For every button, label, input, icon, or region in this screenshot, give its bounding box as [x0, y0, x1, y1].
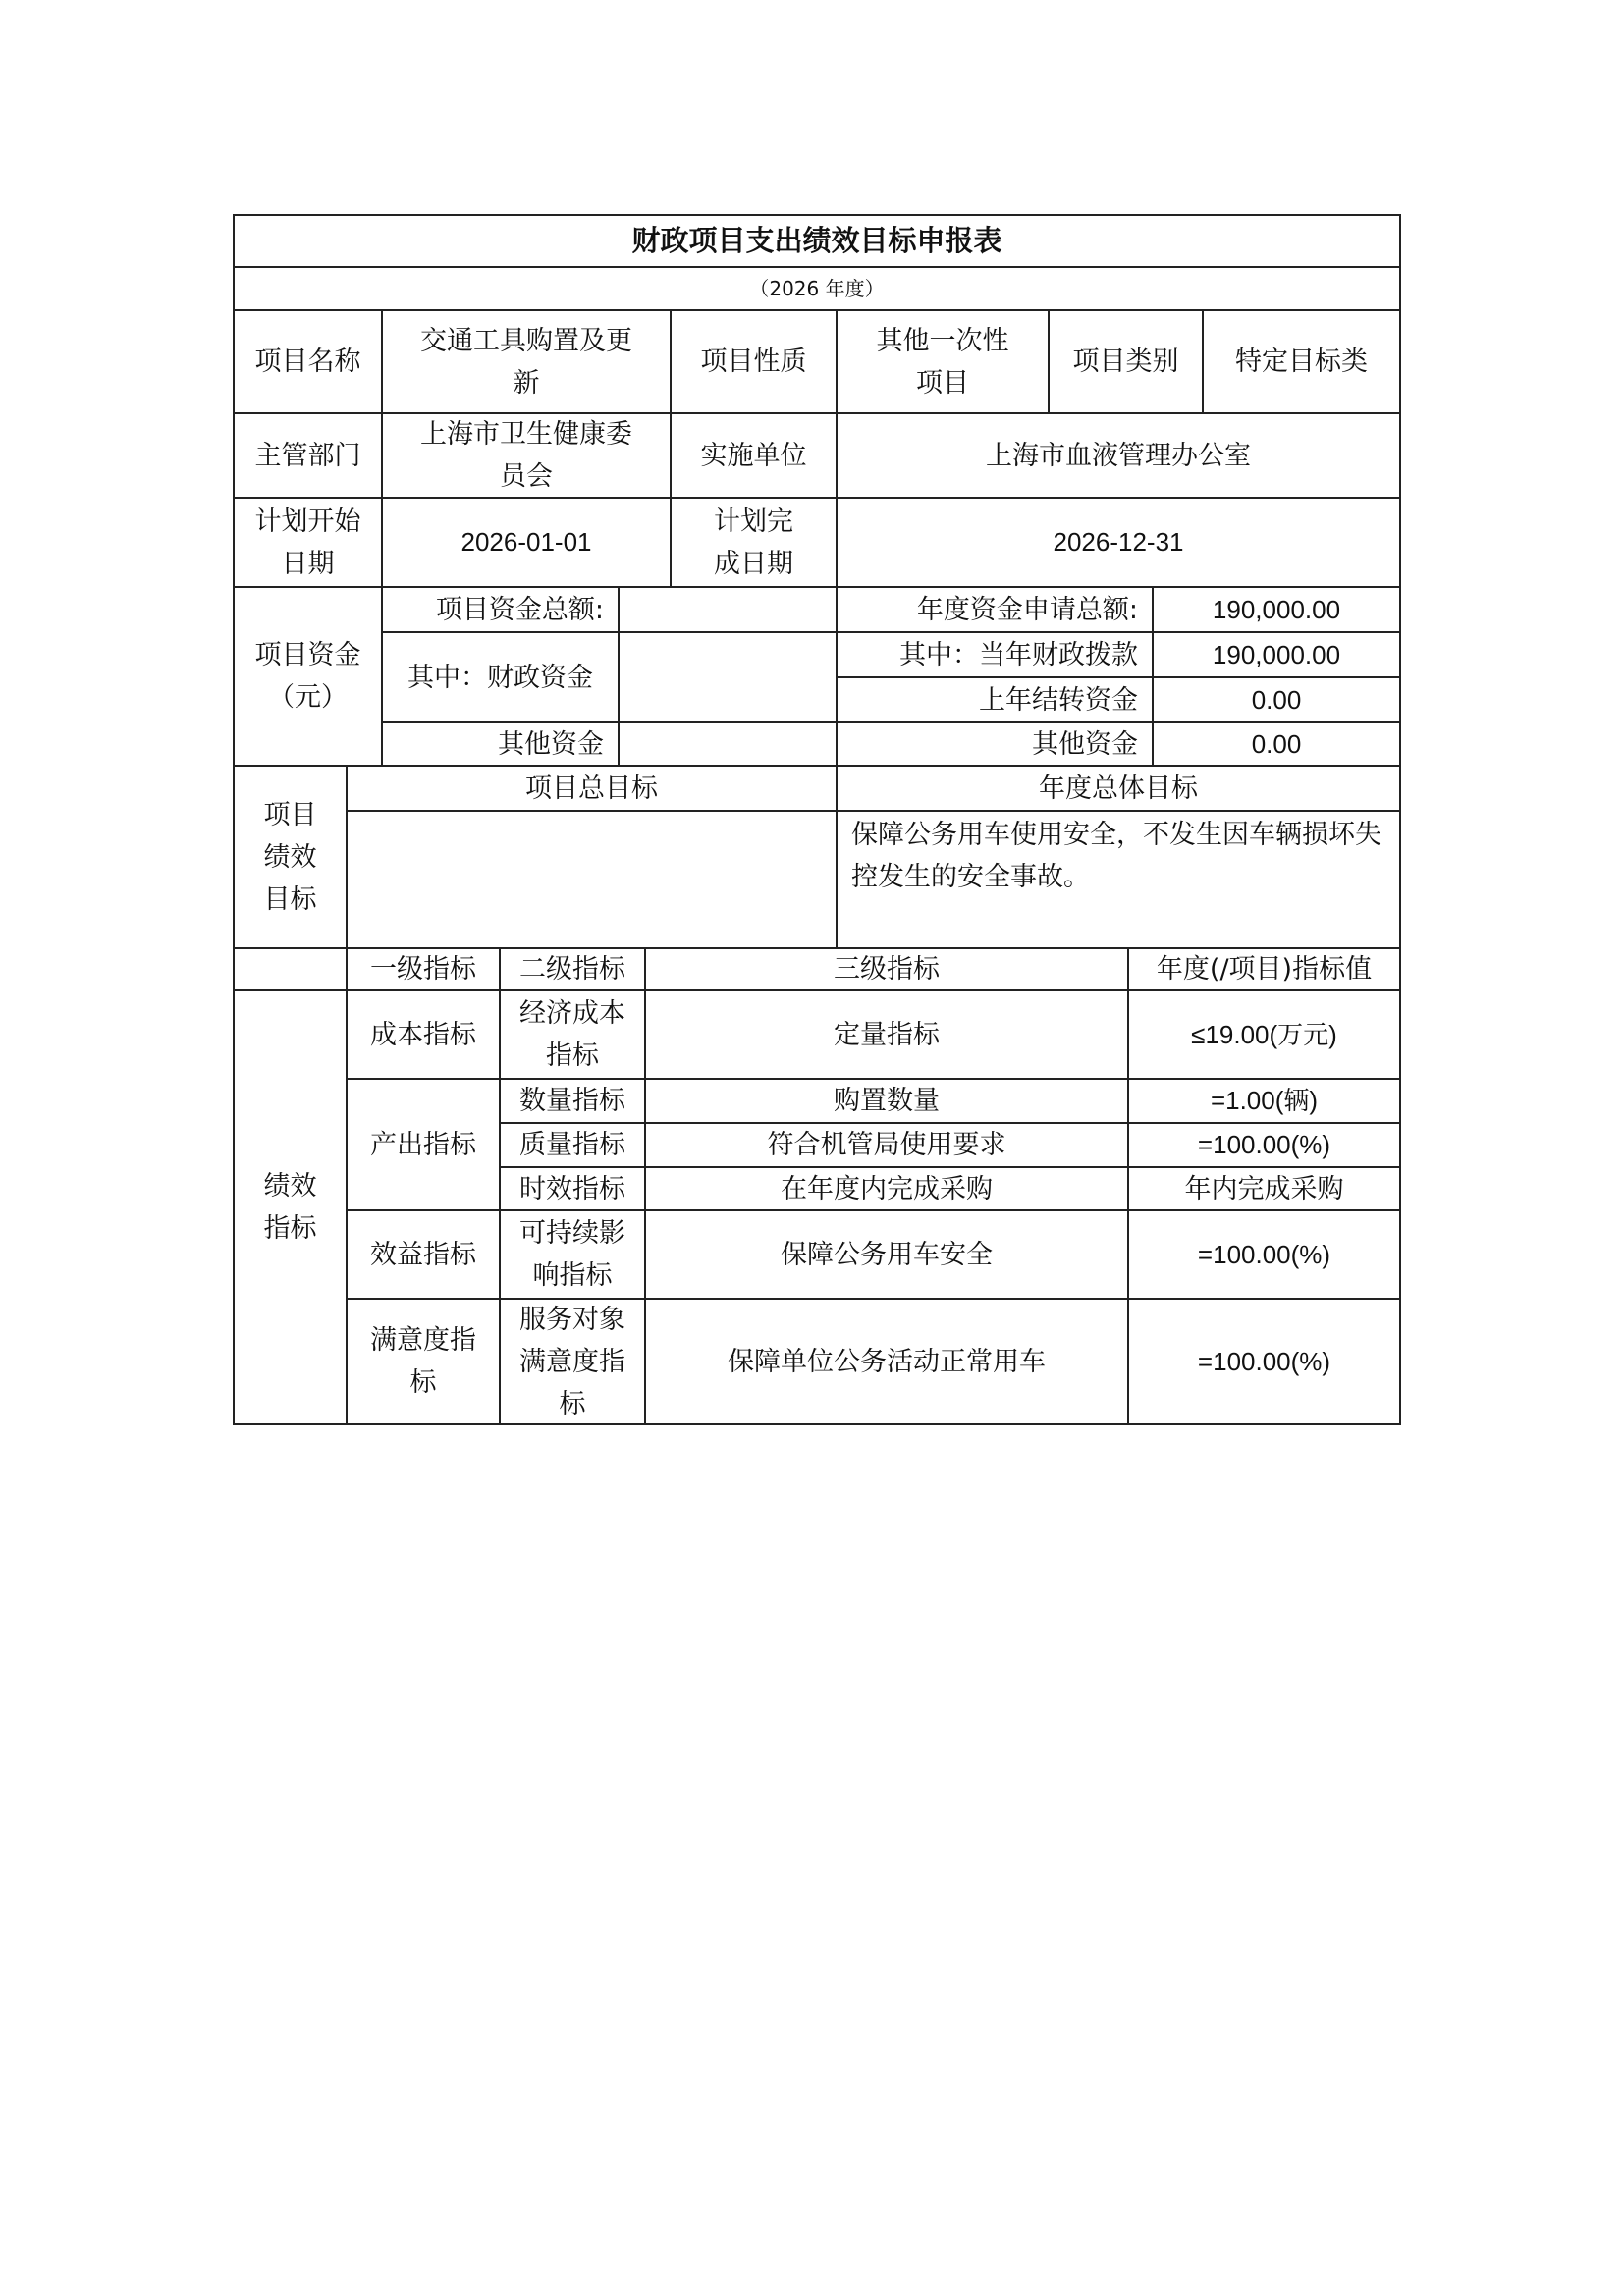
- indicator-header-level1: 一级指标: [346, 947, 501, 991]
- funding-total-label: 项目资金总额:: [381, 586, 620, 633]
- form-page: 财政项目支出绩效目标申报表 （2026 年度） 项目名称 交通工具购置及更新 项…: [0, 0, 1624, 2296]
- indicator-level3: 定量指标: [644, 989, 1129, 1080]
- current-fiscal-value: 190,000.00: [1152, 631, 1401, 678]
- indicator-value: 年内完成采购: [1127, 1166, 1401, 1211]
- project-nature-value: 其他一次性项目: [836, 309, 1050, 414]
- project-nature-label: 项目性质: [670, 309, 838, 414]
- indicator-value: =100.00(%): [1127, 1209, 1401, 1300]
- indicator-level2: 数量指标: [499, 1078, 646, 1124]
- competent-dept-value: 上海市卫生健康委员会: [381, 412, 672, 499]
- funding-section-label: 项目资金（元）: [233, 586, 383, 767]
- indicator-header-value: 年度(/项目)指标值: [1127, 947, 1401, 991]
- indicator-level2: 服务对象满意度指标: [499, 1298, 646, 1425]
- current-fiscal-label: 其中：当年财政拨款: [836, 631, 1154, 678]
- project-category-label: 项目类别: [1048, 309, 1204, 414]
- project-name-label: 项目名称: [233, 309, 383, 414]
- funding-other-label: 其他资金: [381, 721, 620, 767]
- funding-fiscal-label: 其中：财政资金: [381, 631, 620, 723]
- indicator-value: ≤19.00(万元): [1127, 989, 1401, 1080]
- carryover-label: 上年结转资金: [836, 676, 1154, 723]
- indicators-section-label: 绩效指标: [233, 989, 348, 1425]
- annual-goal-label: 年度总体目标: [836, 765, 1401, 812]
- indicator-level1-cost: 成本指标: [346, 989, 501, 1080]
- overall-goal-label: 项目总目标: [346, 765, 838, 812]
- funding-total-value: [618, 586, 838, 633]
- planned-start-value: 2026-01-01: [381, 497, 672, 588]
- indicator-level2: 经济成本指标: [499, 989, 646, 1080]
- funding-other-value: [618, 721, 838, 767]
- indicator-value: =100.00(%): [1127, 1298, 1401, 1425]
- indicator-level2: 时效指标: [499, 1166, 646, 1211]
- annual-other-label: 其他资金: [836, 721, 1154, 767]
- project-category-value: 特定目标类: [1202, 309, 1401, 414]
- indicator-header-level2: 二级指标: [499, 947, 646, 991]
- planned-start-label: 计划开始日期: [233, 497, 383, 588]
- annual-goal-value: 保障公务用车使用安全，不发生因车辆损坏失控发生的安全事故。: [836, 810, 1401, 949]
- funding-fiscal-value: [618, 631, 838, 723]
- form-year: （2026 年度）: [233, 266, 1401, 311]
- indicator-level1-output: 产出指标: [346, 1078, 501, 1211]
- annual-total-label: 年度资金申请总额:: [836, 586, 1154, 633]
- indicator-level1-benefit: 效益指标: [346, 1209, 501, 1300]
- planned-end-value: 2026-12-31: [836, 497, 1401, 588]
- indicator-value: =1.00(辆): [1127, 1078, 1401, 1124]
- indicator-level2: 可持续影响指标: [499, 1209, 646, 1300]
- form-title: 财政项目支出绩效目标申报表: [233, 214, 1401, 268]
- overall-goal-value: [346, 810, 838, 949]
- implementing-unit-value: 上海市血液管理办公室: [836, 412, 1401, 499]
- planned-end-label: 计划完成日期: [670, 497, 838, 588]
- indicator-level3: 保障单位公务活动正常用车: [644, 1298, 1129, 1425]
- goals-section-label: 项目绩效目标: [233, 765, 348, 949]
- indicator-level1-satisfaction: 满意度指标: [346, 1298, 501, 1425]
- indicator-header-level3: 三级指标: [644, 947, 1129, 991]
- indicator-level3: 购置数量: [644, 1078, 1129, 1124]
- indicator-header-blank: [233, 947, 348, 991]
- annual-other-value: 0.00: [1152, 721, 1401, 767]
- indicator-level3: 在年度内完成采购: [644, 1166, 1129, 1211]
- annual-total-value: 190,000.00: [1152, 586, 1401, 633]
- indicator-level2: 质量指标: [499, 1122, 646, 1168]
- indicator-level3: 符合机管局使用要求: [644, 1122, 1129, 1168]
- implementing-unit-label: 实施单位: [670, 412, 838, 499]
- carryover-value: 0.00: [1152, 676, 1401, 723]
- indicator-level3: 保障公务用车安全: [644, 1209, 1129, 1300]
- competent-dept-label: 主管部门: [233, 412, 383, 499]
- indicator-value: =100.00(%): [1127, 1122, 1401, 1168]
- project-name-value: 交通工具购置及更新: [381, 309, 672, 414]
